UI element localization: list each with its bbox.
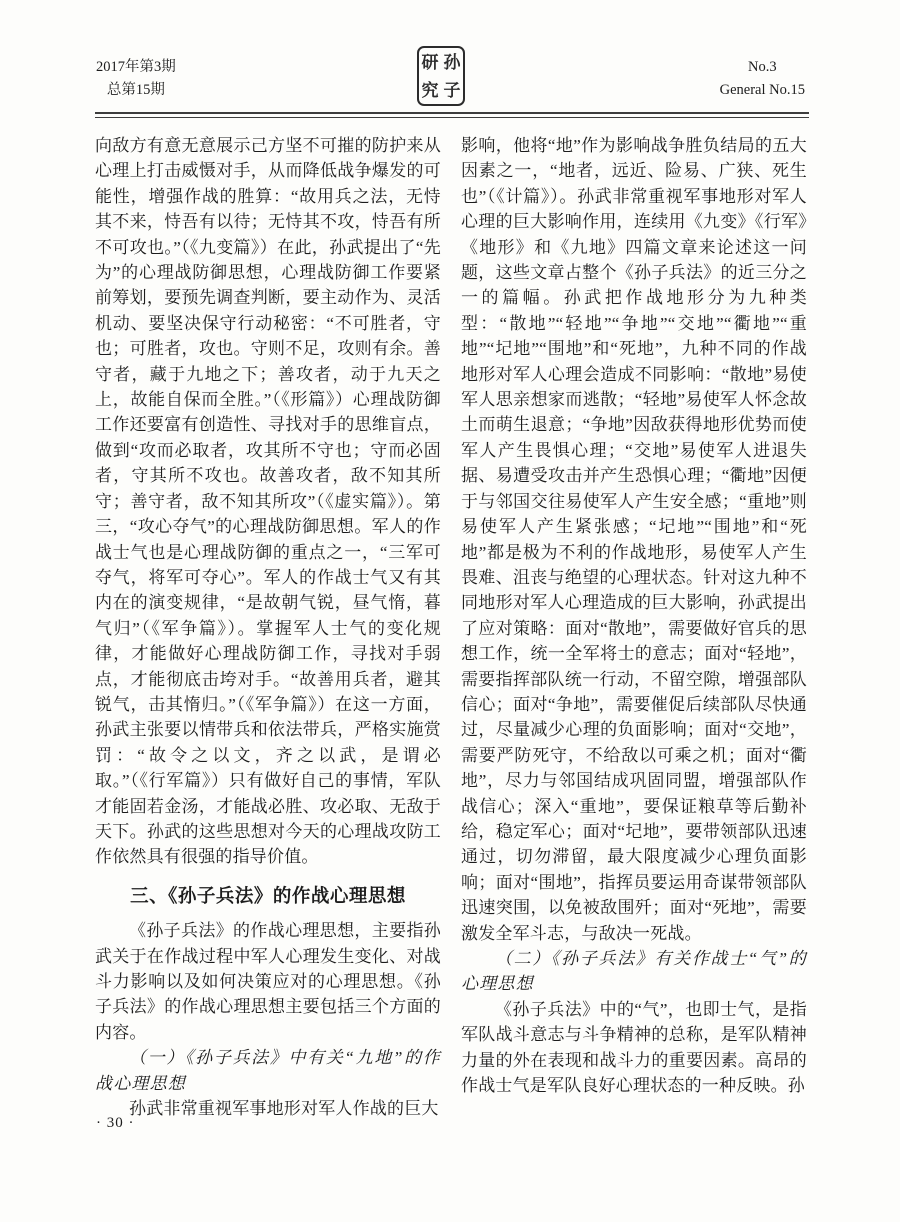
seal-char: 究 <box>422 82 439 99</box>
paragraph-continuation: 影响，他将“地”作为影响战争胜负结局的五大因素之一，“地者，远近、险易、广狭、死… <box>461 133 807 946</box>
subheading-two: （二）《孙子兵法》有关作战士“气”的心理思想 <box>461 946 807 997</box>
issue-no: No.3 <box>720 56 805 79</box>
subheading-one: （一）《孙子兵法》中有关“九地”的作战心理思想 <box>95 1045 441 1096</box>
header-divider <box>95 112 809 118</box>
seal-char: 子 <box>444 82 461 99</box>
issue-line-1: 2017年第3期 <box>96 56 176 79</box>
page-number: · 30 · <box>96 1115 135 1132</box>
journal-seal-icon: 研 孙 究 子 <box>417 46 465 106</box>
paragraph-start: 孙武非常重视军事地形对军人作战的巨大 <box>95 1096 441 1121</box>
paragraph-continuation: 向敌方有意无意展示己方坚不可摧的防护来从心理上打击威慑对手，从而降低战争爆发的可… <box>95 133 441 870</box>
seal-char: 孙 <box>444 54 461 71</box>
section-heading: 三、《孙子兵法》的作战心理思想 <box>95 883 441 908</box>
right-column: 影响，他将“地”作为影响战争胜负结局的五大因素之一，“地者，远近、险易、广狭、死… <box>461 133 807 1098</box>
paragraph-intro: 《孙子兵法》的作战心理思想，主要指孙武关于在作战过程中军人心理发生变化、对战斗力… <box>95 918 441 1045</box>
issue-info-en: No.3 General No.15 <box>720 56 805 102</box>
issue-info-cn: 2017年第3期 总第15期 <box>96 56 176 102</box>
issue-general-no: General No.15 <box>720 79 805 102</box>
left-column: 向敌方有意无意展示己方坚不可摧的防护来从心理上打击威慑对手，从而降低战争爆发的可… <box>95 133 441 1121</box>
journal-page: 2017年第3期 总第15期 研 孙 究 子 No.3 General No.1… <box>0 0 900 1222</box>
issue-line-2: 总第15期 <box>96 79 176 102</box>
paragraph-qi: 《孙子兵法》中的“气”，也即士气，是指军队战斗意志与斗争精神的总称，是军队精神力… <box>461 997 807 1099</box>
seal-char: 研 <box>422 54 439 71</box>
